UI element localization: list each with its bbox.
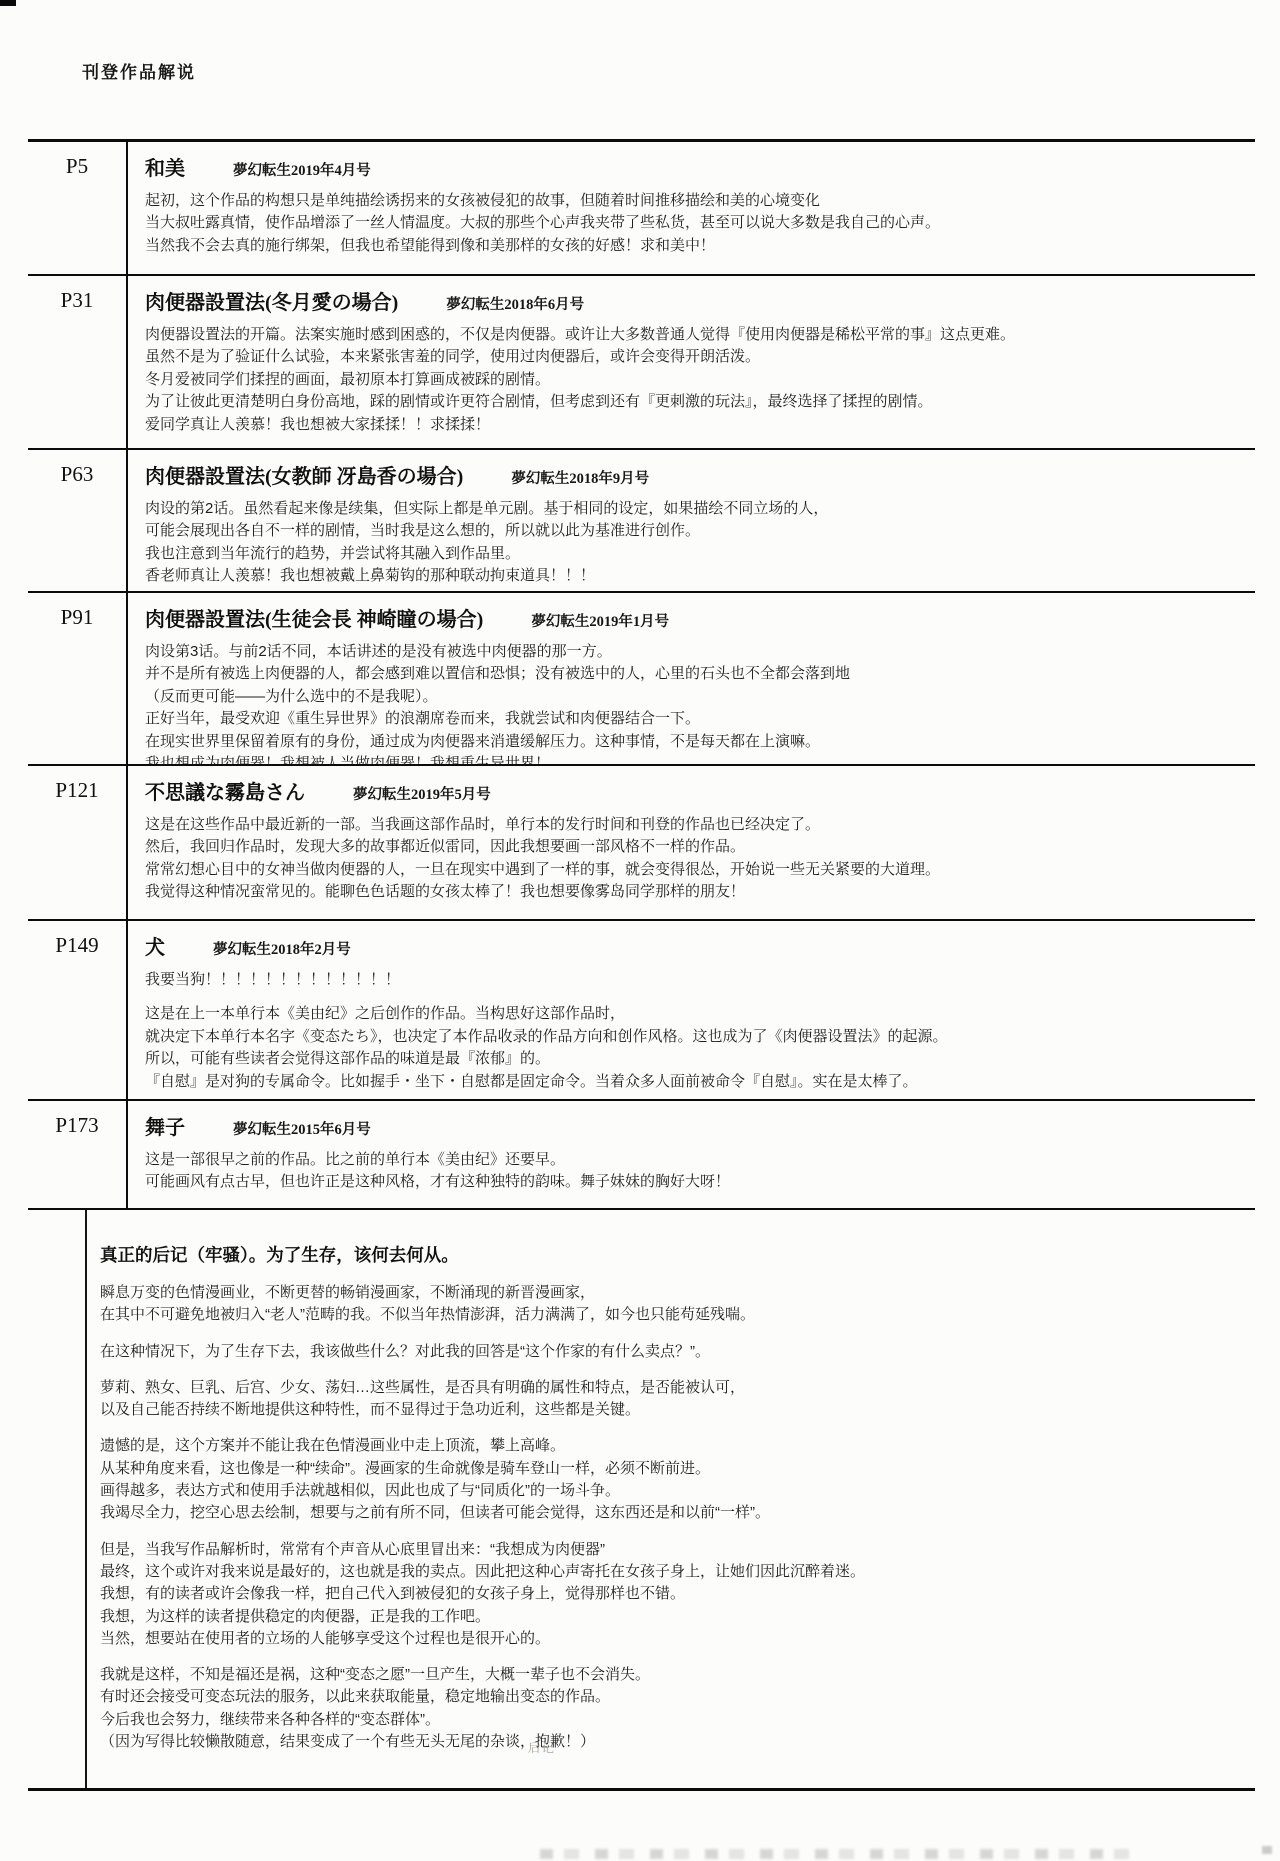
afterword-paragraph: 瞬息万变的色情漫画业，不断更替的畅销漫画家，不断涌现的新晋漫画家，在其中不可避免… — [100, 1282, 1245, 1327]
afterword-paragraph: 在这种情况下，为了生存下去，我该做些什么？对此我的回答是“这个作家的有什么卖点？… — [100, 1341, 1245, 1363]
catalog-section: P63肉便器設置法(女教師 冴島香の場合)夢幻転生2018年9月号肉设的第2话。… — [28, 448, 1255, 591]
catalog-section: P121不思議な霧島さん夢幻転生2019年5月号这是在这些作品中最近新的一部。当… — [28, 764, 1255, 919]
work-title: 肉便器設置法(女教師 冴島香の場合) — [145, 466, 463, 488]
magazine-issue: 夢幻転生2019年4月号 — [233, 163, 371, 179]
body-line: 在这种情况下，为了生存下去，我该做些什么？对此我的回答是“这个作家的有什么卖点？… — [100, 1341, 1245, 1363]
section-body: 肉便器設置法(生徒会長 神崎瞳の場合)夢幻転生2019年1月号肉设第3话。与前2… — [128, 593, 1255, 764]
magazine-issue: 夢幻転生2019年1月号 — [531, 614, 669, 630]
afterword-paragraph: 但是，当我写作品解析时，常常有个声音从心底里冒出来：“我想成为肉便器”最终，这个… — [100, 1539, 1245, 1650]
body-line: 可能画风有点古早，但也许正是这种风格，才有这种独特的韵味。舞子妹妹的胸好大呀！ — [145, 1171, 1247, 1193]
body-line: 可能会展现出各自不一样的剧情，当时我是这么想的，所以就以此为基准进行创作。 — [145, 520, 1247, 542]
section-body: 肉便器設置法(女教師 冴島香の場合)夢幻転生2018年9月号肉设的第2话。虽然看… — [128, 450, 1255, 591]
body-line: 这是一部很早之前的作品。比之前的单行本《美由纪》还要早。 — [145, 1149, 1247, 1171]
body-line: 我也想成为肉便器！我想被人当做肉便器！我想重生异世界！ — [145, 753, 1247, 764]
body-line: 『自慰』是对狗的专属命令。比如握手・坐下・自慰都是固定命令。当着众多人面前被命令… — [145, 1071, 1247, 1093]
section-body: 舞子夢幻転生2015年6月号这是一部很早之前的作品。比之前的单行本《美由纪》还要… — [128, 1101, 1255, 1208]
page-number: P173 — [28, 1101, 128, 1208]
work-title: 犬 — [145, 937, 165, 959]
work-title: 肉便器設置法(生徒会長 神崎瞳の場合) — [145, 609, 483, 631]
body-line: 常常幻想心目中的女神当做肉便器的人，一旦在现实中遇到了一样的事，就会变得很怂，开… — [145, 859, 1247, 881]
work-title: 肉便器設置法(冬月愛の場合) — [145, 292, 398, 314]
works-catalog: P5和美夢幻転生2019年4月号起初，这个作品的构想只是单纯描绘诱拐来的女孩被侵… — [28, 142, 1255, 1208]
body-line: 我觉得这种情况蛮常见的。能聊色色话题的女孩太棒了！我也想要像雾岛同学那样的朋友！ — [145, 881, 1247, 903]
magazine-issue: 夢幻転生2019年5月号 — [353, 787, 491, 803]
magazine-issue: 夢幻転生2018年6月号 — [446, 297, 584, 313]
magazine-issue: 夢幻転生2018年2月号 — [213, 942, 351, 958]
body-line: 在现实世界里保留着原有的身份，通过成为肉便器来消遣缓解压力。这种事情，不是每天都… — [145, 731, 1247, 753]
catalog-section: P173舞子夢幻転生2015年6月号这是一部很早之前的作品。比之前的单行本《美由… — [28, 1099, 1255, 1208]
page-bleed-artifact — [540, 1849, 1140, 1859]
afterword-title: 真正的后记（牢骚）。为了生存，该何去何从。 — [100, 1242, 1245, 1267]
afterword-paragraph: 萝莉、熟女、巨乳、后宫、少女、荡妇…这些属性，是否具有明确的属性和特点，是否能被… — [100, 1377, 1245, 1422]
magazine-issue: 夢幻転生2015年6月号 — [233, 1122, 371, 1138]
body-line: 萝莉、熟女、巨乳、后宫、少女、荡妇…这些属性，是否具有明确的属性和特点，是否能被… — [100, 1377, 1245, 1399]
page-number: P31 — [28, 276, 128, 448]
body-line: 我要当狗！！！！！！！！！！！！！ — [145, 969, 1247, 991]
body-line: 我就是这样，不知是福还是祸，这种“变态之愿”一旦产生，大概一辈子也不会消失。 — [100, 1664, 1245, 1686]
page-title: 刊登作品解说 — [82, 58, 196, 83]
body-line: 遗憾的是，这个方案并不能让我在色情漫画业中走上顶流，攀上高峰。 — [100, 1435, 1245, 1457]
title-row: 肉便器設置法(冬月愛の場合)夢幻転生2018年6月号 — [145, 286, 1247, 315]
work-title: 舞子 — [145, 1117, 185, 1139]
body-line: 今后我也会努力，继续带来各种各样的“变态群体”。 — [100, 1709, 1245, 1731]
body-line: 这是在这些作品中最近新的一部。当我画这部作品时，单行本的发行时间和刊登的作品也已… — [145, 814, 1247, 836]
body-line: 在其中不可避免地被归入“老人”范畴的我。不似当年热情澎湃，活力满满了，如今也只能… — [100, 1304, 1245, 1326]
title-row: 和美夢幻転生2019年4月号 — [145, 152, 1247, 181]
body-line: 肉便器设置法的开篇。法案实施时感到困惑的，不仅是肉便器。或许让大多数普通人觉得『… — [145, 324, 1247, 346]
afterword-paragraphs: 瞬息万变的色情漫画业，不断更替的畅销漫画家，不断涌现的新晋漫画家，在其中不可避免… — [100, 1282, 1245, 1753]
body-line: 当然，想要站在使用者的立场的人能够享受这个过程也是很开心的。 — [100, 1628, 1245, 1650]
body-line: 瞬息万变的色情漫画业，不断更替的畅销漫画家，不断涌现的新晋漫画家， — [100, 1282, 1245, 1304]
page-number: P5 — [28, 142, 128, 274]
body-line: 画得越多，表达方式和使用手法就越相似，因此也成了与“同质化”的一场斗争。 — [100, 1480, 1245, 1502]
body-line: 冬月爱被同学们揉捏的画面，最初原本打算画成被踩的剧情。 — [145, 369, 1247, 391]
page-number: P91 — [28, 593, 128, 764]
body-line: 正好当年，最受欢迎《重生异世界》的浪潮席卷而来，我就尝试和肉便器结合一下。 — [145, 708, 1247, 730]
body-line: 起初，这个作品的构想只是单纯描绘诱拐来的女孩被侵犯的故事，但随着时间推移描绘和美… — [145, 190, 1247, 212]
body-line: 这是在上一本单行本《美由纪》之后创作的作品。当构思好这部作品时， — [145, 1003, 1247, 1025]
body-line: 当大叔吐露真情，使作品增添了一丝人情温度。大叔的那些个心声我夹带了些私货，甚至可… — [145, 212, 1247, 234]
body-line: （因为写得比较懒散随意，结果变成了一个有些无头无尾的杂谈，抱歉！） — [100, 1731, 1245, 1753]
catalog-section: P31肉便器設置法(冬月愛の場合)夢幻転生2018年6月号肉便器设置法的开篇。法… — [28, 274, 1255, 448]
body-line: 我也注意到当年流行的趋势，并尝试将其融入到作品里。 — [145, 543, 1247, 565]
page-number: P149 — [28, 921, 128, 1099]
commentary-table: P5和美夢幻転生2019年4月号起初，这个作品的构想只是单纯描绘诱拐来的女孩被侵… — [28, 139, 1255, 1791]
section-body: 犬夢幻転生2018年2月号我要当狗！！！！！！！！！！！！！这是在上一本单行本《… — [128, 921, 1255, 1099]
afterword-paragraph: 我就是这样，不知是福还是祸，这种“变态之愿”一旦产生，大概一辈子也不会消失。有时… — [100, 1664, 1245, 1753]
magazine-issue: 夢幻転生2018年9月号 — [511, 471, 649, 487]
body-line: 然后，我回归作品时，发现大多的故事都近似雷同，因此我想要画一部风格不一样的作品。 — [145, 836, 1247, 858]
body-line: 当然我不会去真的施行绑架，但我也希望能得到像和美那样的女孩的好感！求和美中！ — [145, 235, 1247, 257]
page-number: P121 — [28, 766, 128, 919]
catalog-section: P5和美夢幻転生2019年4月号起初，这个作品的构想只是单纯描绘诱拐来的女孩被侵… — [28, 142, 1255, 274]
body-line: 我想，为这样的读者提供稳定的肉便器，正是我的工作吧。 — [100, 1606, 1245, 1628]
body-line: 从某种角度来看，这也像是一种“续命”。漫画家的生命就像是骑车登山一样，必须不断前… — [100, 1458, 1245, 1480]
section-body: 不思議な霧島さん夢幻転生2019年5月号这是在这些作品中最近新的一部。当我画这部… — [128, 766, 1255, 919]
body-line: 以及自己能否持续不断地提供这种特性，而不显得过于急功近利，这些都是关键。 — [100, 1399, 1245, 1421]
title-row: 肉便器設置法(女教師 冴島香の場合)夢幻転生2018年9月号 — [145, 460, 1247, 489]
afterword-body: 真正的后记（牢骚）。为了生存，该何去何从。 瞬息万变的色情漫画业，不断更替的畅销… — [85, 1210, 1255, 1788]
work-title: 和美 — [145, 158, 185, 180]
section-body: 和美夢幻転生2019年4月号起初，这个作品的构想只是单纯描绘诱拐来的女孩被侵犯的… — [128, 142, 1255, 274]
body-line: 就决定下本单行本名字《变态たち》，也决定了本作品收录的作品方向和创作风格。这也成… — [145, 1026, 1247, 1048]
body-line: 虽然不是为了验证什么试验，本来紧张害羞的同学，使用过肉便器后，或许会变得开朗活泼… — [145, 346, 1247, 368]
catalog-section: P149犬夢幻転生2018年2月号我要当狗！！！！！！！！！！！！！这是在上一本… — [28, 919, 1255, 1099]
body-line: 有时还会接受可变态玩法的服务，以此来获取能量，稳定地输出变态的作品。 — [100, 1686, 1245, 1708]
page-bleed-artifact — [1262, 1846, 1272, 1854]
body-line: 所以，可能有些读者会觉得这部作品的味道是最『浓郁』的。 — [145, 1048, 1247, 1070]
title-row: 肉便器設置法(生徒会長 神崎瞳の場合)夢幻転生2019年1月号 — [145, 603, 1247, 632]
body-line: 肉设的第2话。虽然看起来像是续集，但实际上都是单元剧。基于相同的设定，如果描绘不… — [145, 498, 1247, 520]
title-row: 舞子夢幻転生2015年6月号 — [145, 1111, 1247, 1140]
body-line: 我想，有的读者或许会像我一样，把自己代入到被侵犯的女孩子身上，觉得那样也不错。 — [100, 1583, 1245, 1605]
body-line: 爱同学真让人羡慕！我也想被大家揉揉！！求揉揉！ — [145, 414, 1247, 436]
catalog-section: P91肉便器設置法(生徒会長 神崎瞳の場合)夢幻転生2019年1月号肉设第3话。… — [28, 591, 1255, 764]
title-row: 不思議な霧島さん夢幻転生2019年5月号 — [145, 776, 1247, 805]
body-line: 我竭尽全力，挖空心思去绘制，想要与之前有所不同，但读者可能会觉得，这东西还是和以… — [100, 1502, 1245, 1524]
body-line: （反而更可能——为什么选中的不是我呢）。 — [145, 686, 1247, 708]
afterword-watermark: 后记 — [528, 1738, 555, 1756]
scan-artifact-corner — [0, 0, 16, 6]
body-line: 但是，当我写作品解析时，常常有个声音从心底里冒出来：“我想成为肉便器” — [100, 1539, 1245, 1561]
body-line: 为了让彼此更清楚明白身份高地，踩的剧情或许更符合剧情，但考虑到还有『更刺激的玩法… — [145, 391, 1247, 413]
body-line: 最终，这个或许对我来说是最好的，这也就是我的卖点。因此把这种心声寄托在女孩子身上… — [100, 1561, 1245, 1583]
body-line — [145, 991, 1247, 1003]
section-body: 肉便器設置法(冬月愛の場合)夢幻転生2018年6月号肉便器设置法的开篇。法案实施… — [128, 276, 1255, 448]
body-line: 肉设第3话。与前2话不同，本话讲述的是没有被选中肉便器的那一方。 — [145, 641, 1247, 663]
body-line: 香老师真让人羡慕！我也想被戴上鼻菊钩的那种联动拘束道具！！！ — [145, 565, 1247, 587]
afterword-section: 真正的后记（牢骚）。为了生存，该何去何从。 瞬息万变的色情漫画业，不断更替的畅销… — [28, 1208, 1255, 1788]
afterword-paragraph: 遗憾的是，这个方案并不能让我在色情漫画业中走上顶流，攀上高峰。从某种角度来看，这… — [100, 1435, 1245, 1524]
title-row: 犬夢幻転生2018年2月号 — [145, 931, 1247, 960]
work-title: 不思議な霧島さん — [145, 782, 305, 804]
page-number: P63 — [28, 450, 128, 591]
body-line: 并不是所有被选上肉便器的人，都会感到难以置信和恐惧；没有被选中的人，心里的石头也… — [145, 663, 1247, 685]
